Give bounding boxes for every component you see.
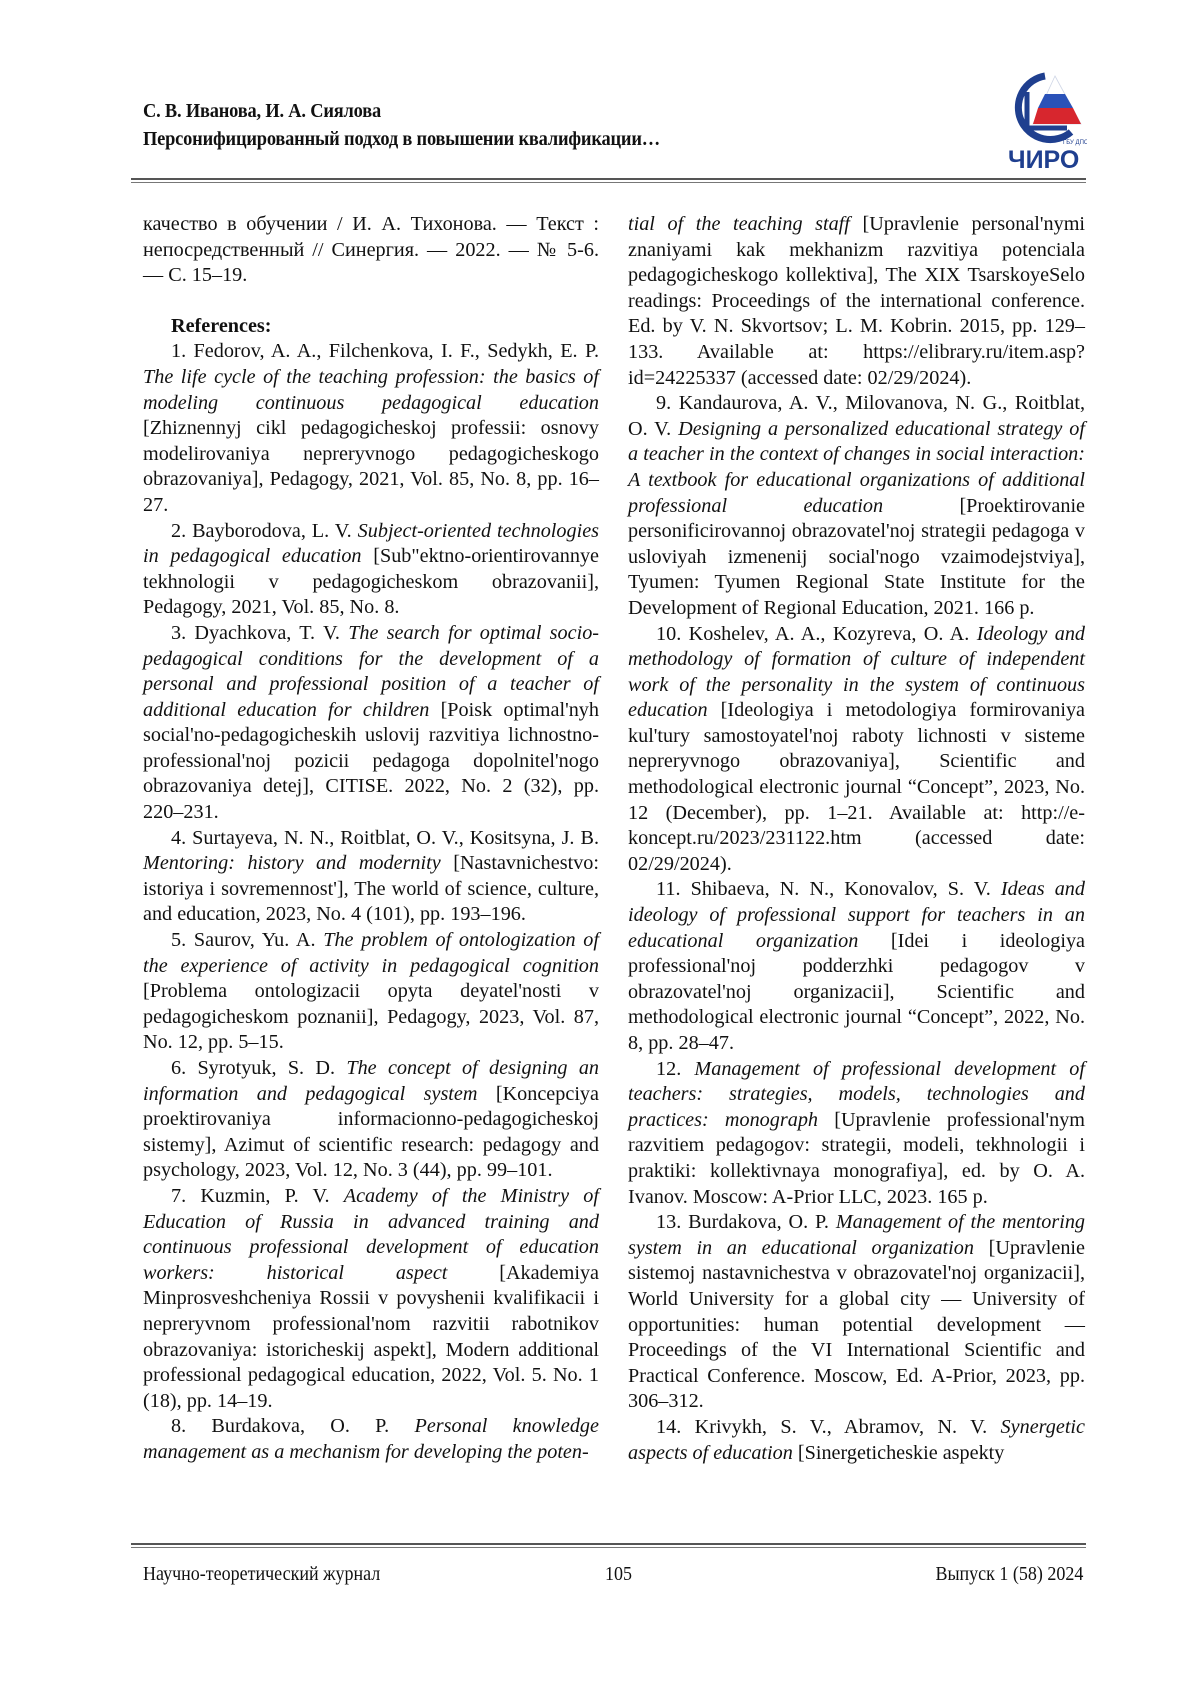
reference-item: 4. Surtayeva, N. N., Roitblat, O. V., Ko… <box>143 826 599 928</box>
page-footer: Научно-теоретический журнал 105 Выпуск 1… <box>143 1563 1083 1591</box>
reference-item: 7. Kuzmin, P. V. Academy of the Ministry… <box>143 1184 599 1414</box>
reference-number: 9. <box>656 392 671 414</box>
reference-authors: Dyachkova, T. V. <box>194 622 340 644</box>
reference-authors: Saurov, Yu. A. <box>194 929 316 951</box>
right-column: tial of the teaching staff [Upravlenie p… <box>628 212 1085 1466</box>
reference-title: The life cycle of the teaching professio… <box>143 366 599 414</box>
reference-number: 5. <box>171 929 186 951</box>
header-article-title: Персонифицированный подход в повышении к… <box>143 125 897 153</box>
reference-continuation: качество в обучении / И. А. Тихонова. — … <box>143 212 599 289</box>
page-number: 105 <box>605 1563 632 1586</box>
reference-item: 8. Burdakova, O. P. Personal knowledge m… <box>143 1414 599 1465</box>
reference-number: 6. <box>171 1057 186 1079</box>
reference-details: [Problema ontologizacii opyta deyatel'no… <box>143 980 599 1053</box>
footer-journal-name: Научно-теоретический журнал <box>143 1563 380 1586</box>
reference-details: [Upravlenie sistemoj nastavnichestva v o… <box>628 1237 1085 1413</box>
reference-number: 14. <box>656 1416 681 1438</box>
reference-list: 1. Fedorov, A. A., Filchenkova, I. F., S… <box>143 339 599 1465</box>
footer-rule <box>131 1543 1086 1548</box>
reference-item: 1. Fedorov, A. A., Filchenkova, I. F., S… <box>143 339 599 518</box>
running-head: С. В. Иванова, И. А. Сиялова Персонифици… <box>143 97 963 153</box>
reference-details: [Sinergeticheskie aspekty <box>798 1442 1005 1464</box>
reference-authors: Surtayeva, N. N., Roitblat, O. V., Kosit… <box>192 827 599 849</box>
reference-authors: Fedorov, A. A., Filchenkova, I. F., Sedy… <box>194 340 599 362</box>
reference-number: 13. <box>656 1211 681 1233</box>
reference-number: 10. <box>656 623 681 645</box>
reference-number: 3. <box>171 622 186 644</box>
reference-number: 1. <box>171 340 186 362</box>
footer-issue: Выпуск 1 (58) 2024 <box>935 1563 1083 1586</box>
reference-item: 13. Burdakova, O. P. Management of the m… <box>628 1210 1085 1415</box>
svg-text:ЧИРО: ЧИРО <box>1008 146 1079 172</box>
reference-list: 9. Kandaurova, A. V., Milovanova, N. G.,… <box>628 391 1085 1466</box>
reference-title: tial of the teaching staff <box>628 213 850 235</box>
reference-authors: Kuzmin, P. V. <box>200 1185 329 1207</box>
reference-details: [Upravlenie personal'nymi znaniyami kak … <box>628 213 1085 389</box>
left-column: качество в обучении / И. А. Тихонова. — … <box>143 212 599 1466</box>
reference-item: 6. Syrotyuk, S. D. The concept of design… <box>143 1056 599 1184</box>
reference-authors: Shibaeva, N. N., Konovalov, S. V. <box>691 878 991 900</box>
reference-item: 3. Dyachkova, T. V. The search for optim… <box>143 621 599 826</box>
reference-authors: Bayborodova, L. V. <box>192 520 352 542</box>
reference-continuation: tial of the teaching staff [Upravlenie p… <box>628 212 1085 391</box>
reference-number: 7. <box>171 1185 186 1207</box>
reference-item: 11. Shibaeva, N. N., Konovalov, S. V. Id… <box>628 877 1085 1056</box>
reference-number: 11. <box>656 878 681 900</box>
header-rule <box>131 178 1086 183</box>
reference-details: [Ideologiya i metodologiya formirovaniya… <box>628 699 1085 875</box>
reference-authors: Syrotyuk, S. D. <box>197 1057 335 1079</box>
reference-item: 14. Krivykh, S. V., Abramov, N. V. Syner… <box>628 1415 1085 1466</box>
reference-authors: Burdakova, O. P. <box>688 1211 829 1233</box>
reference-item: 2. Bayborodova, L. V. Subject-oriented t… <box>143 519 599 621</box>
reference-number: 8. <box>171 1415 186 1437</box>
reference-number: 2. <box>171 520 186 542</box>
reference-item: 9. Kandaurova, A. V., Milovanova, N. G.,… <box>628 391 1085 621</box>
chiro-logo: ГБУ ДПО ЧИРО <box>1005 70 1087 172</box>
reference-details: [Akademiya Minprosveshcheniya Rossii v p… <box>143 1262 599 1412</box>
reference-item: 5. Saurov, Yu. A. The problem of ontolog… <box>143 928 599 1056</box>
reference-title: Mentoring: history and modernity <box>143 852 441 874</box>
reference-authors: Krivykh, S. V., Abramov, N. V. <box>695 1416 988 1438</box>
reference-number: 4. <box>171 827 186 849</box>
reference-item: 12. Management of professional developme… <box>628 1057 1085 1211</box>
reference-authors: Koshelev, A. A., Kozyreva, O. A. <box>689 623 970 645</box>
reference-authors: Burdakova, O. P. <box>211 1415 389 1437</box>
chiro-logo-icon: ГБУ ДПО ЧИРО <box>1005 70 1087 172</box>
references-heading: References: <box>143 314 599 340</box>
reference-number: 12. <box>656 1058 681 1080</box>
header-authors: С. В. Иванова, И. А. Сиялова <box>143 97 897 125</box>
reference-details: [Zhiznennyj cikl pedagogicheskoj profess… <box>143 417 599 516</box>
reference-item: 10. Koshelev, A. A., Kozyreva, O. A. Ide… <box>628 622 1085 878</box>
